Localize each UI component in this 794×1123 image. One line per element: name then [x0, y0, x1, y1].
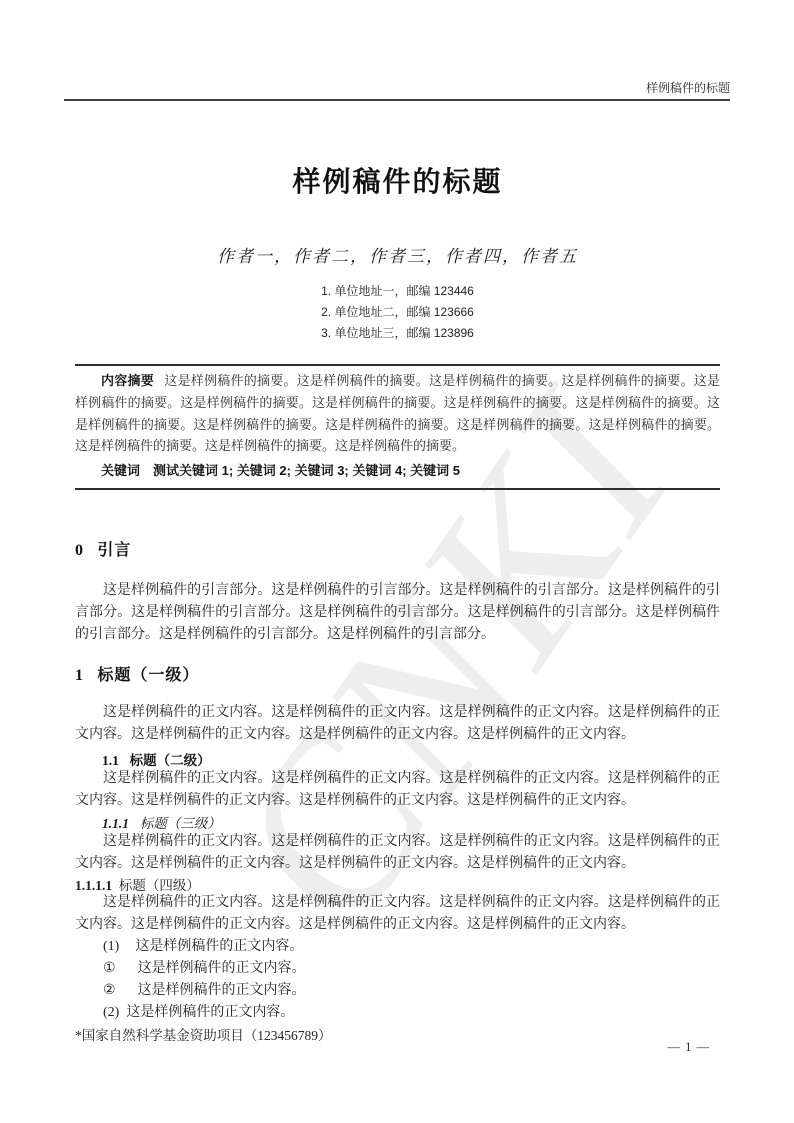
- abstract-label: 内容摘要: [101, 373, 154, 388]
- list-item: ①这是样例稿件的正文内容。: [75, 958, 720, 980]
- section-number: 0: [75, 542, 83, 559]
- list-marker: ②: [103, 983, 116, 998]
- list-text: 这是样例稿件的正文内容。: [126, 1005, 294, 1020]
- section-heading-0: 0引言: [75, 537, 720, 560]
- page-number: — 1 —: [75, 1040, 710, 1055]
- section-title: 标题（一级）: [97, 667, 199, 684]
- section-title: 标题（四级）: [119, 878, 200, 893]
- list-item: (2)这是样例稿件的正文内容。: [75, 1002, 720, 1024]
- section-number: 1.1.1: [102, 816, 129, 831]
- intro-paragraph: 这是样例稿件的引言部分。这是样例稿件的引言部分。这是样例稿件的引言部分。这是样例…: [75, 580, 720, 646]
- section-heading-1-1-1: 1.1.1标题（三级）: [75, 812, 720, 832]
- section-number: 1: [75, 667, 83, 684]
- affiliation-item: 3. 单位地址三，邮编 123896: [75, 323, 720, 344]
- body-paragraph: 这是样例稿件的正文内容。这是样例稿件的正文内容。这是样例稿件的正文内容。这是样例…: [75, 831, 720, 875]
- list-marker: (2): [103, 1005, 119, 1020]
- section-title: 标题（三级）: [140, 816, 221, 831]
- section-heading-1-1-1-1: 1.1.1.1标题（四级）: [75, 874, 720, 894]
- running-header: 样例稿件的标题: [64, 80, 730, 101]
- list-text: 这是样例稿件的正文内容。: [138, 983, 306, 998]
- document-page: CNKI 样例稿件的标题 样例稿件的标题 作者一，作者二，作者三，作者四，作者五…: [0, 0, 794, 1123]
- list-item: (1)这是样例稿件的正文内容。: [75, 936, 720, 958]
- keywords-line: 关键词测试关键词 1; 关键词 2; 关键词 3; 关键词 4; 关键词 5: [75, 460, 720, 482]
- section-number: 1.1: [102, 753, 119, 768]
- abstract-paragraph: 内容摘要这是样例稿件的摘要。这是样例稿件的摘要。这是样例稿件的摘要。这是样例稿件…: [75, 370, 720, 457]
- list-item: ②这是样例稿件的正文内容。: [75, 980, 720, 1002]
- body-paragraph: 这是样例稿件的正文内容。这是样例稿件的正文内容。这是样例稿件的正文内容。这是样例…: [75, 702, 720, 746]
- author-line: 作者一，作者二，作者三，作者四，作者五: [75, 242, 720, 267]
- body-paragraph: 这是样例稿件的正文内容。这是样例稿件的正文内容。这是样例稿件的正文内容。这是样例…: [75, 768, 720, 812]
- keywords-label: 关键词: [101, 463, 140, 478]
- list-text: 这是样例稿件的正文内容。: [138, 961, 306, 976]
- list-marker: ①: [103, 961, 116, 976]
- body-paragraph: 这是样例稿件的正文内容。这是样例稿件的正文内容。这是样例稿件的正文内容。这是样例…: [75, 892, 720, 936]
- section-number: 1.1.1.1: [75, 878, 112, 893]
- list-text: 这是样例稿件的正文内容。: [135, 939, 303, 954]
- article-title: 样例稿件的标题: [75, 160, 720, 200]
- section-heading-1-1: 1.1标题（二级）: [75, 749, 720, 769]
- list-marker: (1): [103, 939, 119, 954]
- running-title: 样例稿件的标题: [646, 81, 730, 95]
- section-heading-1: 1标题（一级）: [75, 662, 720, 685]
- abstract-block: 内容摘要这是样例稿件的摘要。这是样例稿件的摘要。这是样例稿件的摘要。这是样例稿件…: [75, 364, 720, 490]
- keywords-text: 测试关键词 1; 关键词 2; 关键词 3; 关键词 4; 关键词 5: [153, 463, 460, 478]
- section-title: 标题（二级）: [130, 753, 211, 768]
- affiliation-item: 1. 单位地址一，邮编 123446: [75, 281, 720, 302]
- affiliation-list: 1. 单位地址一，邮编 123446 2. 单位地址二，邮编 123666 3.…: [75, 281, 720, 344]
- affiliation-item: 2. 单位地址二，邮编 123666: [75, 302, 720, 323]
- section-title: 引言: [97, 542, 131, 559]
- abstract-text: 这是样例稿件的摘要。这是样例稿件的摘要。这是样例稿件的摘要。这是样例稿件的摘要。…: [75, 373, 720, 453]
